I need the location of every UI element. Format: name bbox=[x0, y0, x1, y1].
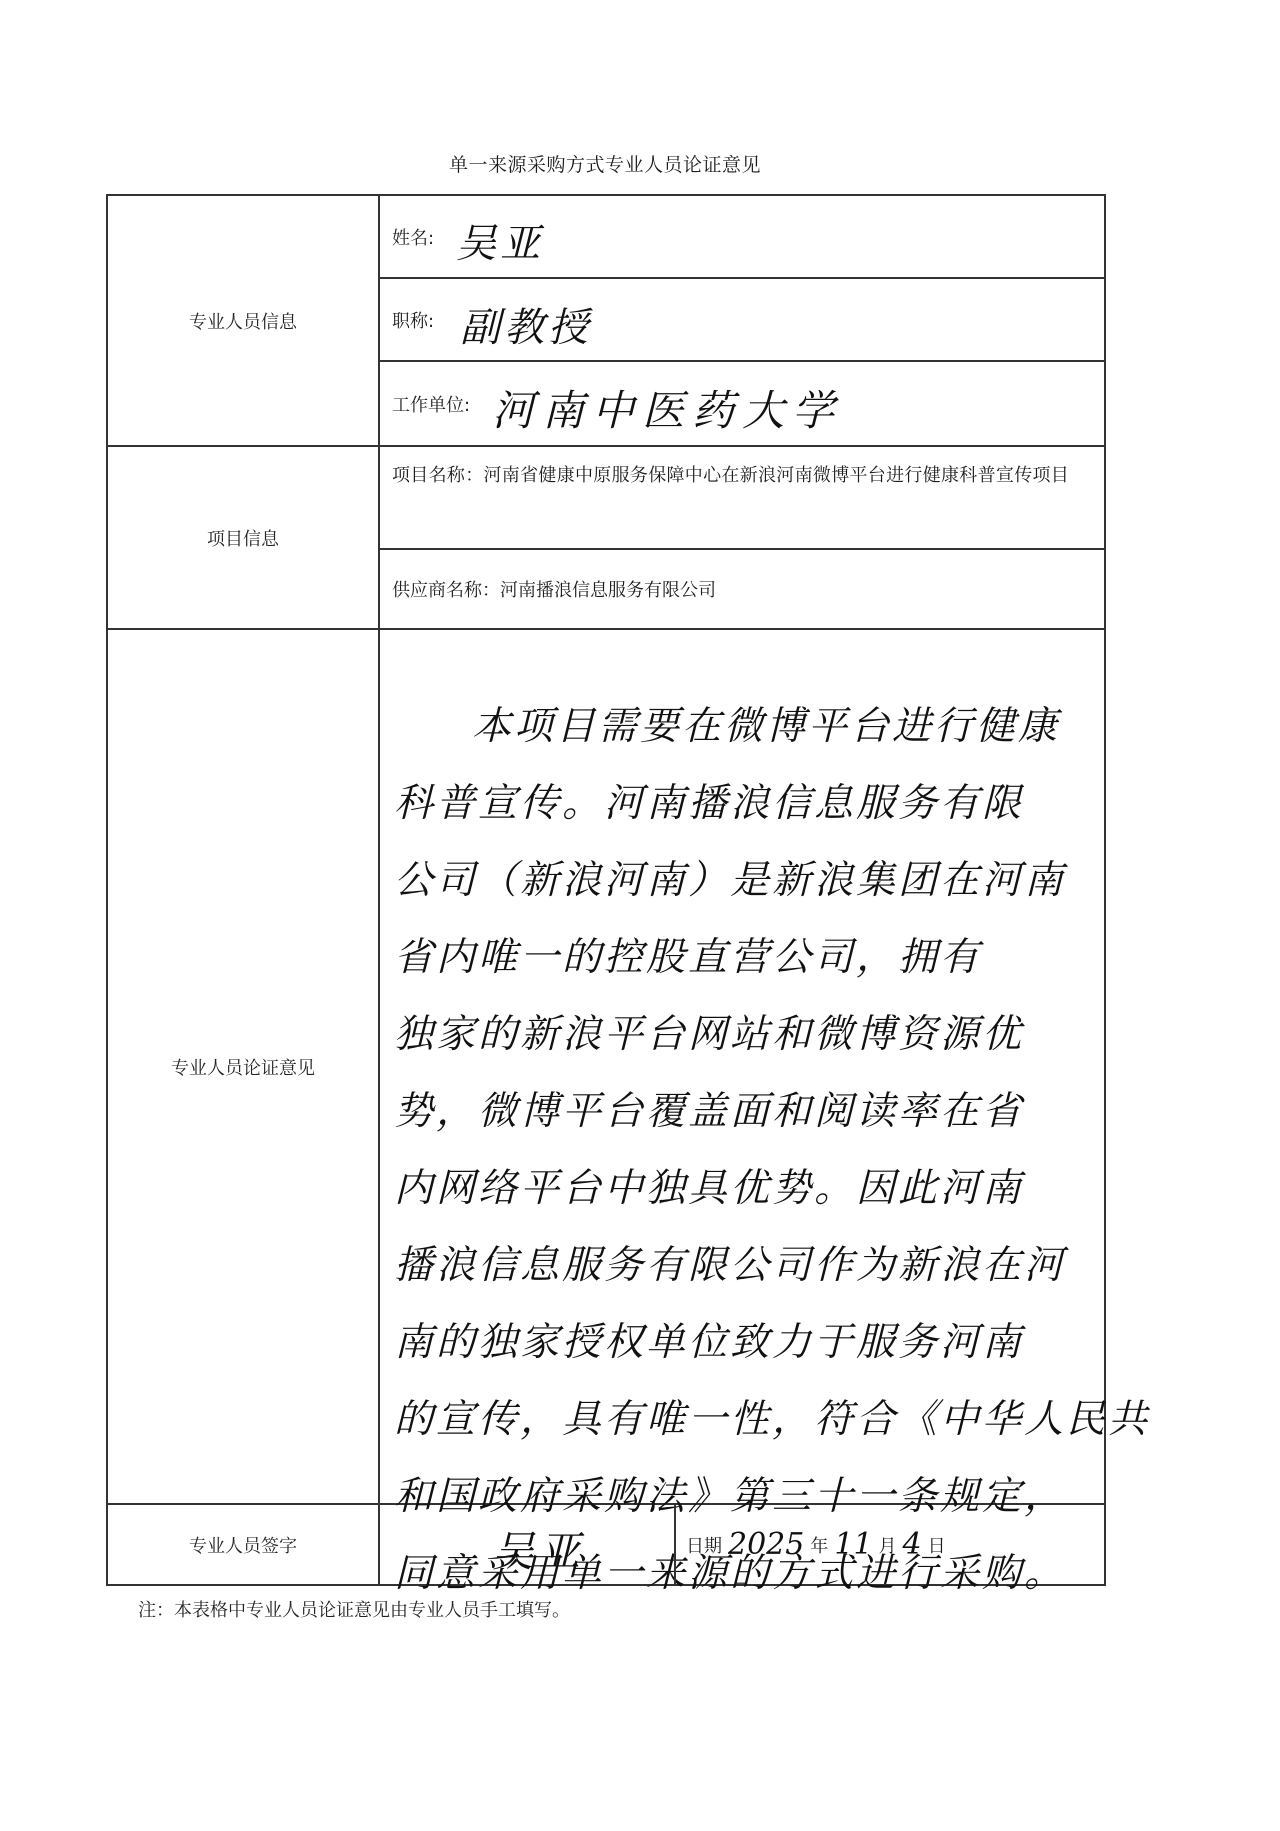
supplier-field: 供应商名称： 河南播浪信息服务有限公司 bbox=[380, 550, 1104, 628]
work-unit-label: 工作单位: bbox=[392, 391, 470, 417]
date-cell: 日期 2025 年 11 月 4 日 bbox=[676, 1505, 1104, 1584]
opinion-line: 科普宣传。河南播浪信息服务有限 bbox=[394, 765, 1150, 842]
opinion-line: 省内唯一的控股直营公司，拥有 bbox=[394, 919, 1150, 996]
opinion-line: 南的独家授权单位致力于服务河南 bbox=[394, 1304, 1150, 1381]
signature-row: 专业人员签字 吴亚 日期 2025 年 11 月 4 日 bbox=[108, 1505, 1104, 1584]
personnel-info-row: 专业人员信息 姓名: 吴亚 职称: 副教授 工作单位: 河南中医药大学 bbox=[108, 196, 1104, 447]
project-info-fields: 项目名称：河南省健康中原服务保障中心在新浪河南微博平台进行健康科普宣传项目 供应… bbox=[380, 447, 1104, 628]
opinion-line: 本项目需要在微博平台进行健康 bbox=[394, 688, 1150, 765]
opinion-row: 专业人员论证意见 本项目需要在微博平台进行健康 科普宣传。河南播浪信息服务有限 … bbox=[108, 630, 1104, 1505]
footnote: 注：本表格中专业人员论证意见由专业人员手工填写。 bbox=[138, 1596, 570, 1622]
name-label: 姓名: bbox=[392, 224, 434, 250]
opinion-label: 专业人员论证意见 bbox=[108, 630, 380, 1503]
job-title-label: 职称: bbox=[392, 307, 434, 333]
date-label: 日期 bbox=[686, 1532, 722, 1558]
date-day-unit: 日 bbox=[928, 1532, 946, 1558]
project-info-label: 项目信息 bbox=[108, 447, 380, 628]
date-month-unit: 月 bbox=[879, 1532, 897, 1558]
project-name-label: 项目名称： bbox=[392, 465, 484, 486]
date-year-unit: 年 bbox=[810, 1532, 828, 1558]
job-title-field: 职称: 副教授 bbox=[380, 279, 1104, 362]
opinion-line: 势，微博平台覆盖面和阅读率在省 bbox=[394, 1073, 1150, 1150]
signature-handwritten: 吴亚 bbox=[492, 1519, 584, 1579]
opinion-line: 独家的新浪平台网站和微博资源优 bbox=[394, 996, 1150, 1073]
name-value-handwritten: 吴亚 bbox=[456, 212, 544, 269]
opinion-line: 公司（新浪河南）是新浪集团在河南 bbox=[394, 842, 1150, 919]
argumentation-form-table: 专业人员信息 姓名: 吴亚 职称: 副教授 工作单位: 河南中医药大学 项目信息… bbox=[106, 194, 1106, 1586]
project-name-field: 项目名称：河南省健康中原服务保障中心在新浪河南微博平台进行健康科普宣传项目 bbox=[380, 447, 1104, 550]
work-unit-field: 工作单位: 河南中医药大学 bbox=[380, 362, 1104, 445]
project-name-text: 项目名称：河南省健康中原服务保障中心在新浪河南微博平台进行健康科普宣传项目 bbox=[392, 447, 1081, 499]
date-month-handwritten: 11 bbox=[834, 1527, 872, 1562]
opinion-line: 播浪信息服务有限公司作为新浪在河 bbox=[394, 1227, 1150, 1304]
project-info-row: 项目信息 项目名称：河南省健康中原服务保障中心在新浪河南微博平台进行健康科普宣传… bbox=[108, 447, 1104, 630]
personnel-info-fields: 姓名: 吴亚 职称: 副教授 工作单位: 河南中医药大学 bbox=[380, 196, 1104, 445]
supplier-label: 供应商名称： bbox=[392, 576, 500, 602]
personnel-info-label: 专业人员信息 bbox=[108, 196, 380, 445]
job-title-value-handwritten: 副教授 bbox=[460, 296, 592, 353]
name-field: 姓名: 吴亚 bbox=[380, 196, 1104, 279]
date-year-handwritten: 2025 bbox=[728, 1527, 804, 1562]
signature-cell: 吴亚 bbox=[380, 1505, 676, 1584]
project-name-value: 河南省健康中原服务保障中心在新浪河南微博平台进行健康科普宣传项目 bbox=[484, 465, 1070, 486]
opinion-handwritten-text: 本项目需要在微博平台进行健康 科普宣传。河南播浪信息服务有限 公司（新浪河南）是… bbox=[380, 630, 1162, 1503]
work-unit-value-handwritten: 河南中医药大学 bbox=[492, 378, 842, 438]
date-day-handwritten: 4 bbox=[903, 1527, 922, 1562]
supplier-value: 河南播浪信息服务有限公司 bbox=[500, 576, 716, 602]
opinion-line: 内网络平台中独具优势。因此河南 bbox=[394, 1150, 1150, 1227]
document-title: 单一来源采购方式专业人员论证意见 bbox=[0, 150, 1210, 177]
signature-label: 专业人员签字 bbox=[108, 1505, 380, 1584]
opinion-line: 的宣传，具有唯一性，符合《中华人民共 bbox=[394, 1381, 1150, 1458]
